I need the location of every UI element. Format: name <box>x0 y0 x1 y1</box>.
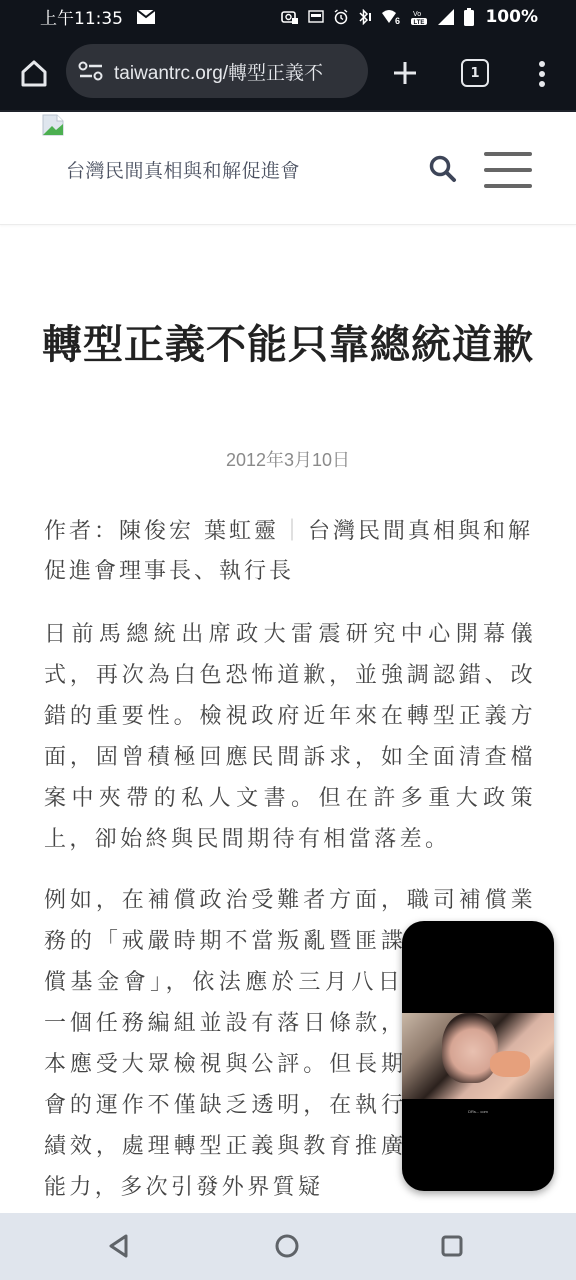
system-nav-bar <box>0 1213 576 1280</box>
menu-dot <box>539 71 545 77</box>
new-tab-button[interactable] <box>390 58 420 88</box>
clock: 上午11:35 <box>40 4 123 29</box>
tab-switcher-button[interactable]: 1 <box>461 59 489 87</box>
svg-text:Vo: Vo <box>413 11 421 18</box>
video-subject-hand <box>490 1051 530 1077</box>
bluetooth-icon <box>358 8 372 26</box>
plus-icon <box>390 58 420 88</box>
svg-text:LTE: LTE <box>414 20 425 26</box>
author-separator: ｜ <box>281 519 306 544</box>
status-right: 6 VoLTE 100% <box>281 7 538 27</box>
back-button[interactable] <box>104 1231 134 1261</box>
hamburger-line <box>484 184 532 188</box>
article-paragraph: 日前馬總統出席政大雷震研究中心開幕儀式，再次為白色恐怖道歉，並強調認錯、改錯的重… <box>44 614 536 860</box>
more-vert-icon[interactable] <box>532 59 552 89</box>
address-bar[interactable]: taiwantrc.org/轉型正義不 <box>66 44 368 98</box>
battery-icon <box>464 8 474 26</box>
hamburger-line <box>484 152 532 156</box>
mail-icon <box>137 8 155 26</box>
recents-icon <box>437 1231 467 1261</box>
video-frame[interactable] <box>402 1013 554 1099</box>
site-header: 台灣民間真相與和解促進會 <box>0 112 576 225</box>
status-bar: 上午11:35 6 VoLTE <box>0 0 576 33</box>
screenshot-lock-icon <box>281 8 299 26</box>
alarm-icon <box>333 8 349 26</box>
menu-dot <box>539 81 545 87</box>
back-icon <box>104 1231 134 1261</box>
article-title: 轉型正義不能只靠總統道歉 <box>40 318 536 372</box>
pip-video-window[interactable]: DRs... com <box>402 921 554 1191</box>
home-circle-icon <box>272 1231 302 1261</box>
author-line: 作者：陳俊宏 葉虹靈｜台灣民間真相與和解促進會理事長、執行長 <box>44 512 536 592</box>
search-icon <box>428 154 458 184</box>
video-watermark: DRs... com <box>402 1109 554 1114</box>
browser-toolbar: taiwantrc.org/轉型正義不 1 <box>0 33 576 112</box>
recents-button[interactable] <box>437 1231 467 1261</box>
tune-icon[interactable] <box>78 60 104 82</box>
author-names: 作者：陳俊宏 葉虹靈 <box>44 519 279 544</box>
volte-lte-icon: VoLTE <box>410 8 428 26</box>
cell-signal-icon <box>437 8 455 26</box>
auto-hz-icon <box>308 8 324 26</box>
video-subject <box>442 1013 498 1083</box>
tab-count: 1 <box>470 66 479 81</box>
url-text[interactable]: taiwantrc.org/轉型正義不 <box>114 58 323 85</box>
hamburger-line <box>484 168 532 172</box>
article-date: 2012年3月10日 <box>0 446 576 472</box>
home-button[interactable] <box>18 57 50 89</box>
search-button[interactable] <box>428 154 458 184</box>
broken-image-icon[interactable] <box>42 114 64 136</box>
battery-percent: 100% <box>485 7 538 27</box>
site-name[interactable]: 台灣民間真相與和解促進會 <box>66 156 300 183</box>
wifi-6-icon: 6 <box>381 8 401 26</box>
home-nav-button[interactable] <box>272 1231 302 1261</box>
hamburger-menu-icon[interactable] <box>484 152 534 188</box>
phone-screen: 上午11:35 6 VoLTE <box>0 0 576 1280</box>
svg-text:6: 6 <box>395 16 400 25</box>
menu-dot <box>539 61 545 67</box>
home-icon <box>18 57 50 89</box>
status-left: 上午11:35 <box>40 4 155 29</box>
